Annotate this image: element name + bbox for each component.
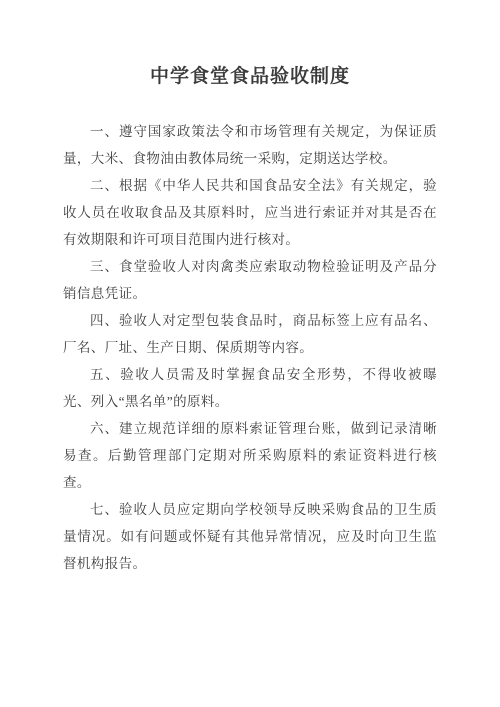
paragraph-7: 七、验收人员应定期向学校领导反映采购食品的卫生质量情况。如有问题或怀疑有其他异常…: [63, 496, 437, 577]
document-page: 中学食堂食品验收制度 一、遵守国家政策法令和市场管理有关规定，为保证质量，大米、…: [0, 0, 500, 707]
paragraph-6: 六、建立规范详细的原料索证管理台账，做到记录清晰易查。后勤管理部门定期对所采购原…: [63, 415, 437, 496]
document-body: 一、遵守国家政策法令和市场管理有关规定，为保证质量，大米、食物油由教体局统一采购…: [63, 118, 437, 577]
paragraph-4: 四、验收人对定型包装食品时，商品标签上应有品名、厂名、厂址、生产日期、保质期等内…: [63, 307, 437, 361]
paragraph-3: 三、食堂验收人对肉禽类应索取动物检验证明及产品分销信息凭证。: [63, 253, 437, 307]
paragraph-1: 一、遵守国家政策法令和市场管理有关规定，为保证质量，大米、食物油由教体局统一采购…: [63, 118, 437, 172]
paragraph-2: 二、根据《中华人民共和国食品安全法》有关规定，验收人员在收取食品及其原料时，应当…: [63, 172, 437, 253]
document-title: 中学食堂食品验收制度: [63, 64, 437, 90]
paragraph-5: 五、验收人员需及时掌握食品安全形势，不得收被曝光、列入“黑名单”的原料。: [63, 361, 437, 415]
